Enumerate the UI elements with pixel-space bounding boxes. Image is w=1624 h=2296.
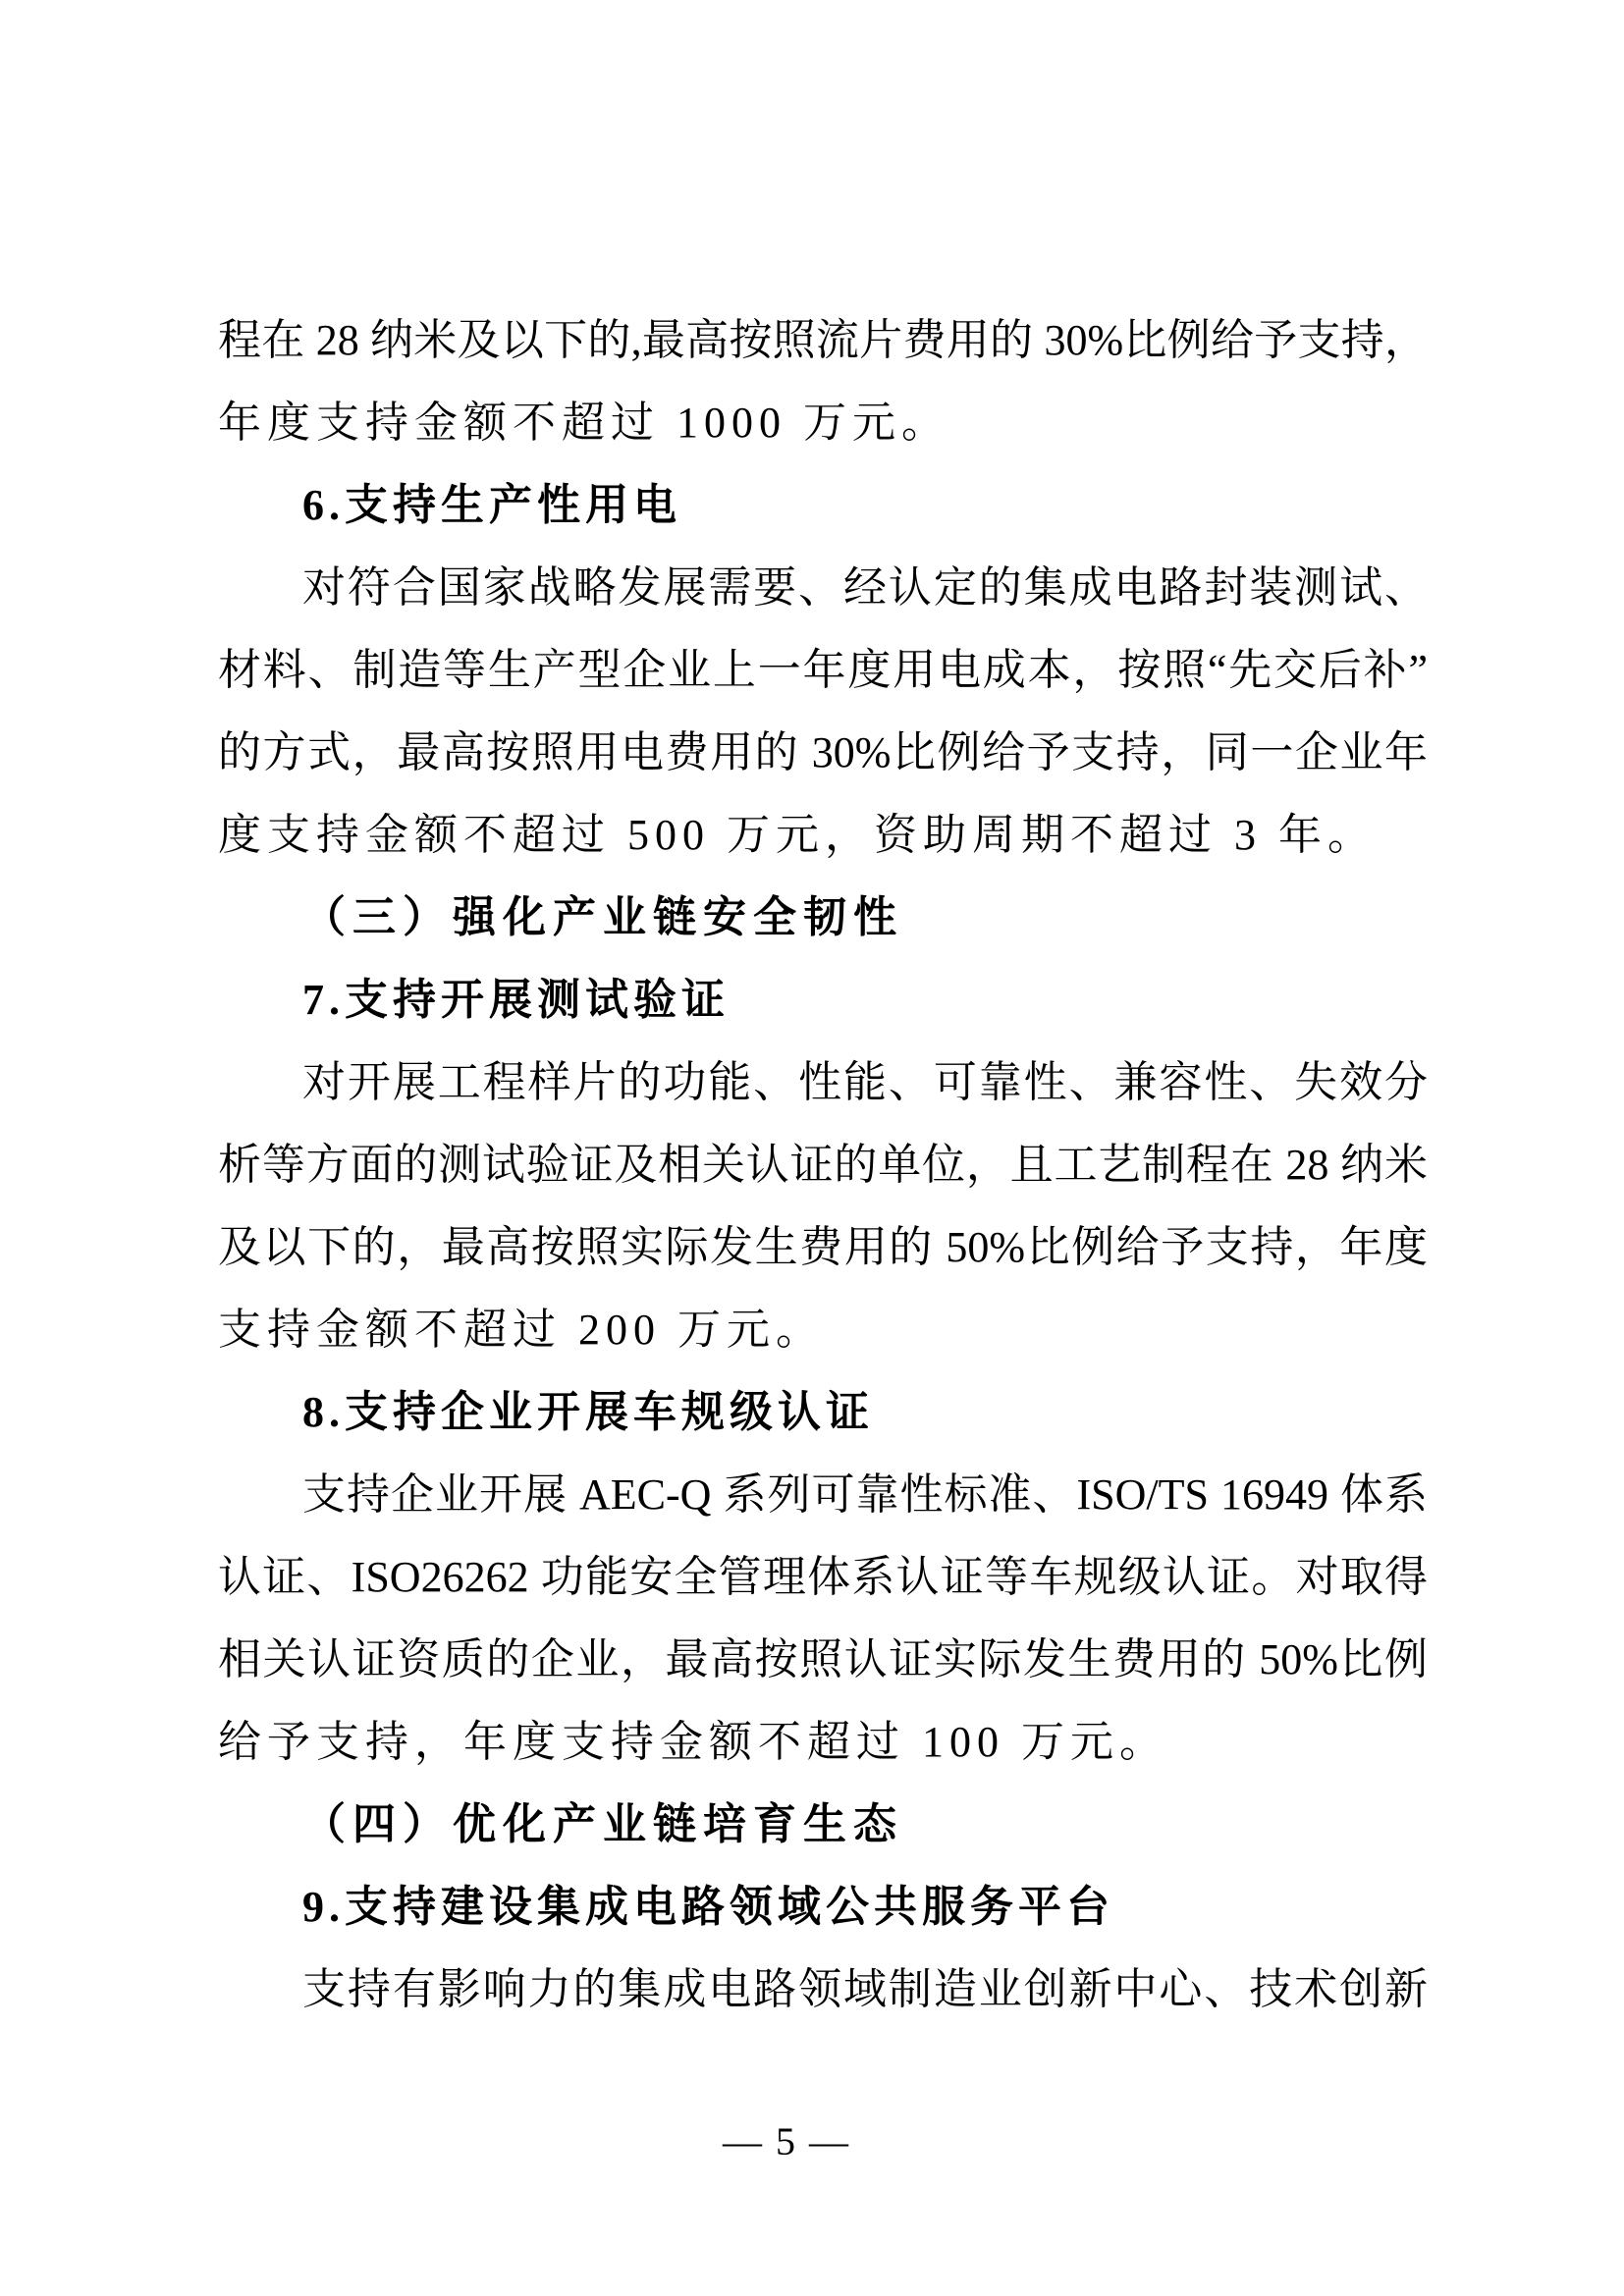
body-line: 的方式，最高按照用电费用的 30%比例给予支持，同一企业年 <box>218 712 1428 794</box>
body-line: 析等方面的测试验证及相关认证的单位，且工艺制程在 28 纳米 <box>218 1124 1428 1206</box>
body-line: 认证、ISO26262 功能安全管理体系认证等车规级认证。对取得 <box>218 1536 1428 1619</box>
document-page: 程在 28 纳米及以下的,最高按照流片费用的 30%比例给予支持， 年度支持金额… <box>0 0 1624 2296</box>
heading-item-6: 6.支持生产性用电 <box>302 464 1428 547</box>
page-number: — 5 — <box>0 2112 1573 2171</box>
document-body: 程在 28 纳米及以下的,最高按照流片费用的 30%比例给予支持， 年度支持金额… <box>0 0 1624 2031</box>
body-line: 给予支持，年度支持金额不超过 100 万元。 <box>218 1701 1428 1784</box>
body-line: 及以下的，最高按照实际发生费用的 50%比例给予支持，年度 <box>218 1206 1428 1289</box>
body-line: 度支持金额不超过 500 万元，资助周期不超过 3 年。 <box>218 794 1428 877</box>
heading-section-4: （四）优化产业链培育生态 <box>302 1784 1428 1866</box>
body-line: 支持有影响力的集成电路领域制造业创新中心、技术创新 <box>302 1949 1428 2031</box>
body-line: 对开展工程样片的功能、性能、可靠性、兼容性、失效分 <box>302 1041 1428 1124</box>
body-line: 材料、制造等生产型企业上一年度用电成本，按照“先交后补” <box>218 629 1428 712</box>
heading-item-9: 9.支持建设集成电路领域公共服务平台 <box>302 1866 1428 1949</box>
body-line: 相关认证资质的企业，最高按照认证实际发生费用的 50%比例 <box>218 1619 1428 1701</box>
heading-item-7: 7.支持开展测试验证 <box>302 959 1428 1041</box>
body-line: 支持金额不超过 200 万元。 <box>218 1289 1428 1371</box>
body-line: 对符合国家战略发展需要、经认定的集成电路封装测试、 <box>302 547 1428 629</box>
body-line: 程在 28 纳米及以下的,最高按照流片费用的 30%比例给予支持， <box>218 299 1428 382</box>
heading-section-3: （三）强化产业链安全韧性 <box>302 877 1428 959</box>
heading-item-8: 8.支持企业开展车规级认证 <box>302 1371 1428 1454</box>
body-line: 年度支持金额不超过 1000 万元。 <box>218 382 1428 464</box>
body-line: 支持企业开展 AEC-Q 系列可靠性标准、ISO/TS 16949 体系 <box>302 1454 1428 1536</box>
